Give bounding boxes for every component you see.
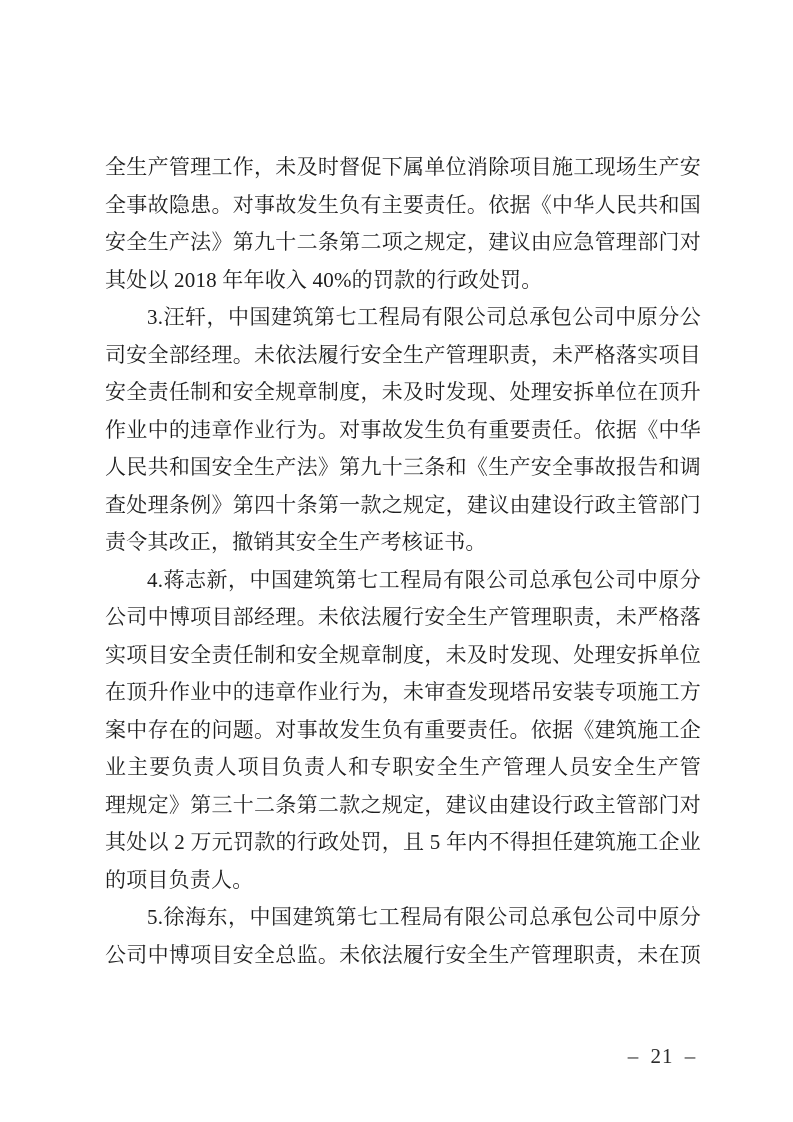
page-number: – 21 – xyxy=(598,1044,726,1069)
text-line: 人民共和国安全生产法》第九十三条和《生产安全事故报告和调 xyxy=(105,449,701,487)
text-line: 实项目安全责任制和安全规章制度，未及时发现、处理安拆单位 xyxy=(105,637,701,675)
text-line: 安全生产法》第九十二条第二项之规定，建议由应急管理部门对 xyxy=(105,224,701,262)
text-line: 其处以 2 万元罚款的行政处罚，且 5 年内不得担任建筑施工企业 xyxy=(105,824,701,862)
text-line: 作业中的违章作业行为。对事故发生负有重要责任。依据《中华 xyxy=(105,412,701,450)
text-line: 其处以 2018 年年收入 40%的罚款的行政处罚。 xyxy=(105,262,701,300)
text-line: 责令其改正，撤销其安全生产考核证书。 xyxy=(105,524,701,562)
paragraph: 3.汪轩，中国建筑第七工程局有限公司总承包公司中原分公司安全部经理。未依法履行安… xyxy=(105,299,701,562)
text-line: 公司中博项目安全总监。未依法履行安全生产管理职责，未在顶 xyxy=(105,937,701,975)
text-line: 理规定》第三十二条第二款之规定，建议由建设行政主管部门对 xyxy=(105,787,701,825)
text-line: 安全责任制和安全规章制度，未及时发现、处理安拆单位在顶升 xyxy=(105,374,701,412)
text-line: 司安全部经理。未依法履行安全生产管理职责，未严格落实项目 xyxy=(105,337,701,375)
text-line: 5.徐海东，中国建筑第七工程局有限公司总承包公司中原分 xyxy=(105,899,701,937)
paragraph: 4.蒋志新，中国建筑第七工程局有限公司总承包公司中原分公司中博项目部经理。未依法… xyxy=(105,562,701,900)
text-line: 公司中博项目部经理。未依法履行安全生产管理职责，未严格落 xyxy=(105,599,701,637)
paragraph: 5.徐海东，中国建筑第七工程局有限公司总承包公司中原分公司中博项目安全总监。未依… xyxy=(105,899,701,974)
text-line: 在顶升作业中的违章作业行为，未审查发现塔吊安装专项施工方 xyxy=(105,674,701,712)
paragraph: 全生产管理工作，未及时督促下属单位消除项目施工现场生产安全事故隐患。对事故发生负… xyxy=(105,149,701,299)
text-line: 全生产管理工作，未及时督促下属单位消除项目施工现场生产安 xyxy=(105,149,701,187)
text-line: 案中存在的问题。对事故发生负有重要责任。依据《建筑施工企 xyxy=(105,712,701,750)
text-line: 全事故隐患。对事故发生负有主要责任。依据《中华人民共和国 xyxy=(105,187,701,225)
document-page: 全生产管理工作，未及时督促下属单位消除项目施工现场生产安全事故隐患。对事故发生负… xyxy=(0,0,793,1122)
text-line: 4.蒋志新，中国建筑第七工程局有限公司总承包公司中原分 xyxy=(105,562,701,600)
text-line: 查处理条例》第四十条第一款之规定，建议由建设行政主管部门 xyxy=(105,487,701,525)
text-line: 的项目负责人。 xyxy=(105,862,701,900)
text-line: 3.汪轩，中国建筑第七工程局有限公司总承包公司中原分公 xyxy=(105,299,701,337)
text-line: 业主要负责人项目负责人和专职安全生产管理人员安全生产管 xyxy=(105,749,701,787)
document-body: 全生产管理工作，未及时督促下属单位消除项目施工现场生产安全事故隐患。对事故发生负… xyxy=(105,149,701,974)
